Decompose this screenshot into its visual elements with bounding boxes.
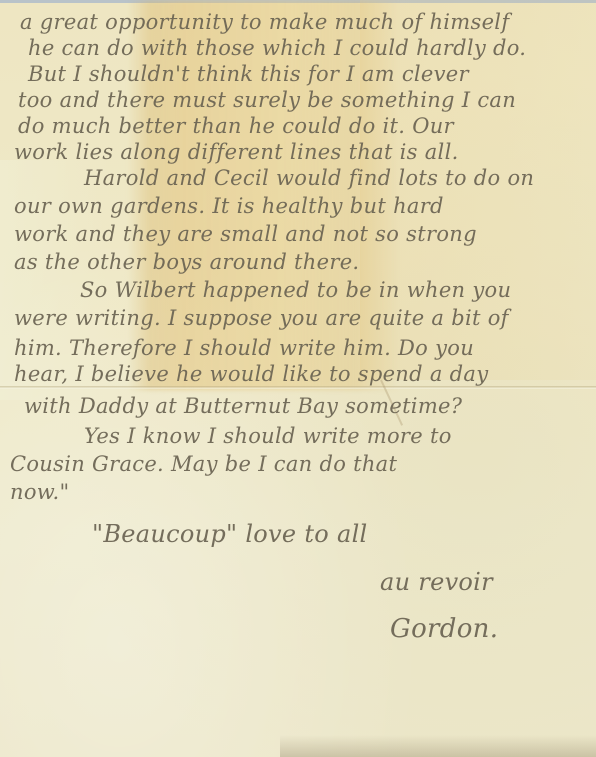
letter-line: as the other boys around there. <box>14 250 359 274</box>
letter-line: him. Therefore I should write him. Do yo… <box>14 336 474 360</box>
letter-line: with Daddy at Butternut Bay sometime? <box>24 394 462 418</box>
closing-line: "Beaucoup" love to all <box>92 520 368 548</box>
letter-line: Yes I know I should write more to <box>84 424 452 448</box>
letter-line: he can do with those which I could hardl… <box>28 36 526 60</box>
letter-line: Harold and Cecil would find lots to do o… <box>84 166 534 190</box>
letter-line: our own gardens. It is healthy but hard <box>14 194 444 218</box>
closing-farewell: au revoir <box>380 568 493 596</box>
letter-line: were writing. I suppose you are quite a … <box>14 306 509 330</box>
letter-line: do much better than he could do it. Our <box>18 114 454 138</box>
letter-page: a great opportunity to make much of hims… <box>0 0 596 757</box>
letter-line: now." <box>10 480 70 504</box>
signature: Gordon. <box>390 614 498 644</box>
letter-line: So Wilbert happened to be in when you <box>80 278 511 302</box>
letter-line: But I shouldn't think this for I am clev… <box>28 62 469 86</box>
letter-line: work and they are small and not so stron… <box>14 222 477 246</box>
letter-line: work lies along different lines that is … <box>14 140 459 164</box>
letter-line: a great opportunity to make much of hims… <box>20 10 509 34</box>
letter-line: Cousin Grace. May be I can do that <box>10 452 397 476</box>
letter-line: too and there must surely be something I… <box>18 88 516 112</box>
letter-body: a great opportunity to make much of hims… <box>0 0 596 757</box>
letter-line: hear, I believe he would like to spend a… <box>14 362 488 386</box>
